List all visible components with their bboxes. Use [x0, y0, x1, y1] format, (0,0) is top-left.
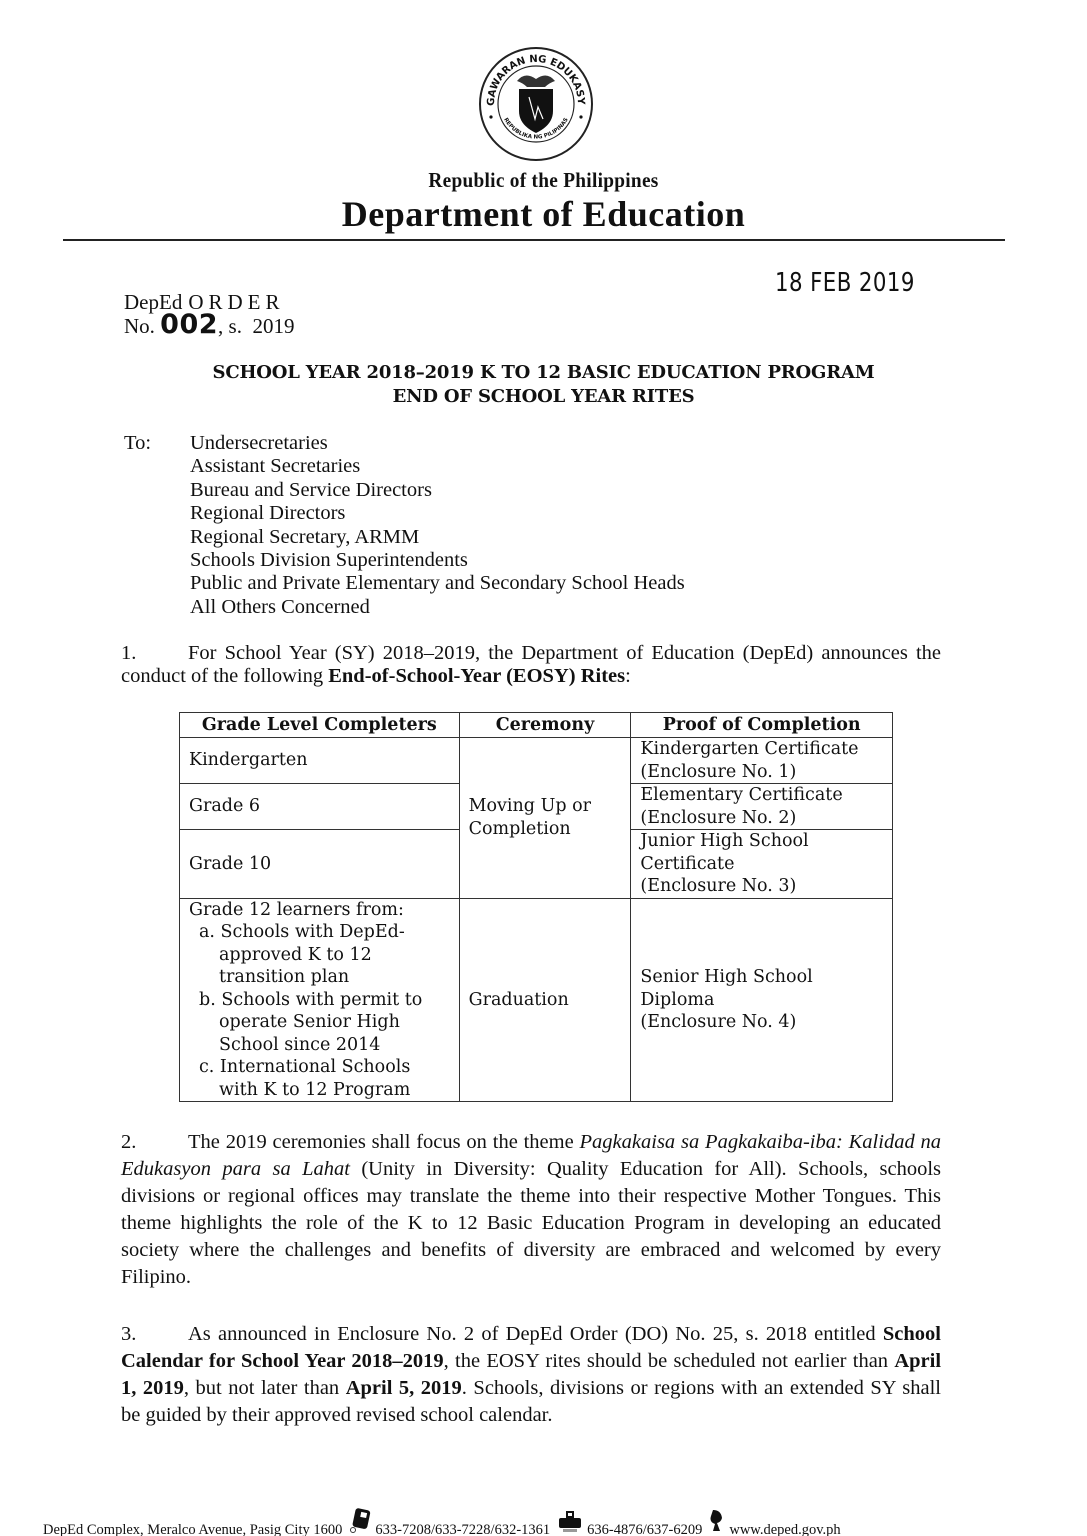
ceremony-cell: Graduation — [459, 898, 631, 1102]
order-date: 18 FEB 2019 — [775, 268, 915, 298]
recipient-item: Regional Secretary, ARMM — [190, 526, 685, 549]
paragraph-number: 2. — [121, 1129, 188, 1156]
paragraph-2: 2.The 2019 ceremonies shall focus on the… — [121, 1129, 941, 1291]
proof-cell: Kindergarten Certificate (Enclosure No. … — [631, 738, 893, 784]
ceremony-cell: Moving Up or Completion — [459, 738, 631, 899]
grade12-item: b. Schools with permit to operate Senior… — [189, 989, 450, 1057]
recipient-item: Undersecretaries — [190, 432, 685, 455]
paragraph-number: 3. — [121, 1321, 188, 1348]
no-label: No. — [124, 314, 155, 338]
series-label: , s. — [218, 314, 242, 338]
proof-text: (Enclosure No. 1) — [640, 761, 883, 784]
footer-address: DepEd Complex, Meralco Avenue, Pasig Cit… — [43, 1522, 342, 1536]
proof-cell: Junior High School Certificate (Enclosur… — [631, 830, 893, 899]
recipient-item: Assistant Secretaries — [190, 455, 685, 478]
department-heading: Department of Education — [0, 193, 1087, 235]
grade12-item: a. Schools with DepEd-approved K to 12 t… — [189, 921, 450, 989]
column-header: Grade Level Completers — [180, 713, 460, 738]
ceremony-text: Moving Up or — [469, 795, 622, 818]
order-number: 002 — [160, 309, 218, 340]
document-title-line2: END OF SCHOOL YEAR RITES — [0, 386, 1087, 407]
ceremony-text: Completion — [469, 818, 622, 841]
paragraph-text: : — [625, 665, 631, 687]
paragraph-number: 1. — [121, 642, 188, 665]
proof-text: (Enclosure No. 3) — [640, 875, 883, 898]
document-title-line1: SCHOOL YEAR 2018–2019 K TO 12 BASIC EDUC… — [0, 362, 1087, 383]
proof-cell: Elementary Certificate (Enclosure No. 2) — [631, 784, 893, 830]
grade12-list: a. Schools with DepEd-approved K to 12 t… — [189, 921, 450, 1101]
order-number-line: No. 002, s. 2019 — [124, 309, 294, 340]
recipient-item: All Others Concerned — [190, 596, 685, 619]
table-row: Grade 12 learners from: a. Schools with … — [180, 898, 893, 1102]
paragraph-bold-text: End-of-School-Year (EOSY) Rites — [328, 665, 625, 687]
paragraph-text: As announced in Enclosure No. 2 of DepEd… — [188, 1323, 883, 1345]
proof-cell: Senior High School Diploma (Enclosure No… — [631, 898, 893, 1102]
telephone-icon — [349, 1508, 371, 1536]
grade12-intro: Grade 12 learners from: — [189, 899, 450, 922]
footer: DepEd Complex, Meralco Avenue, Pasig Cit… — [43, 1508, 841, 1536]
recipient-item: Schools Division Superintendents — [190, 549, 685, 572]
proof-text: (Enclosure No. 4) — [640, 1011, 883, 1034]
series-year: 2019 — [252, 314, 294, 338]
paragraph-3: 3.As announced in Enclosure No. 2 of Dep… — [121, 1321, 941, 1429]
paragraph-1: 1.For School Year (SY) 2018–2019, the De… — [121, 642, 941, 688]
proof-text: Junior High School — [640, 830, 883, 853]
to-label: To: — [124, 432, 151, 455]
recipient-list: Undersecretaries Assistant Secretaries B… — [190, 432, 685, 619]
column-header: Ceremony — [459, 713, 631, 738]
paragraph-text: , the EOSY rites should be scheduled not… — [444, 1350, 895, 1372]
proof-text: Certificate — [640, 853, 883, 876]
column-header: Proof of Completion — [631, 713, 893, 738]
proof-text: Kindergarten Certificate — [640, 738, 883, 761]
recipient-item: Regional Directors — [190, 502, 685, 525]
paragraph-text: , but not later than — [184, 1377, 346, 1399]
table-header-row: Grade Level Completers Ceremony Proof of… — [180, 713, 893, 738]
table-row: Kindergarten Moving Up or Completion Kin… — [180, 738, 893, 784]
recipient-item: Bureau and Service Directors — [190, 479, 685, 502]
paragraph-bold-text: April 5, 2019 — [346, 1377, 462, 1399]
fax-icon — [557, 1510, 583, 1536]
grade-cell: Grade 10 — [180, 830, 460, 899]
grade12-item: c. International Schools with K to 12 Pr… — [189, 1056, 450, 1101]
deped-seal-logo: KAGAWARAN NG EDUKASYON REPUBLIKA NG PILI… — [477, 45, 595, 163]
grade-cell: Grade 6 — [180, 784, 460, 830]
footer-fax: 636-4876/637-6209 — [587, 1522, 702, 1536]
recipient-item: Public and Private Elementary and Second… — [190, 572, 685, 595]
proof-text: Elementary Certificate — [640, 784, 883, 807]
footer-phones: 633-7208/633-7228/632-1361 — [375, 1522, 550, 1536]
globe-icon — [709, 1508, 725, 1536]
letterhead-divider — [63, 239, 1005, 241]
paragraph-text: The 2019 ceremonies shall focus on the t… — [188, 1131, 580, 1153]
proof-text: (Enclosure No. 2) — [640, 807, 883, 830]
grade-cell: Kindergarten — [180, 738, 460, 784]
footer-website: www.deped.gov.ph — [729, 1522, 840, 1536]
proof-text: Diploma — [640, 989, 883, 1012]
grade-cell: Grade 12 learners from: a. Schools with … — [180, 898, 460, 1102]
eosy-rites-table: Grade Level Completers Ceremony Proof of… — [179, 712, 893, 1102]
republic-heading: Republic of the Philippines — [43, 168, 1043, 193]
proof-text: Senior High School — [640, 966, 883, 989]
